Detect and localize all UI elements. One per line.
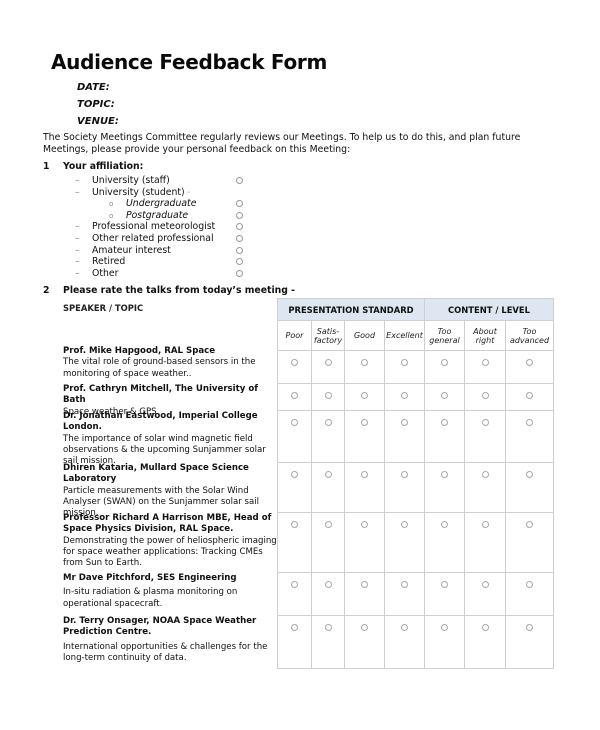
rating-radio[interactable] (361, 392, 368, 399)
rating-cell (465, 463, 506, 513)
rating-cell (385, 616, 425, 669)
affiliation-option-label: Retired (92, 256, 125, 268)
rating-cell (506, 384, 554, 411)
rating-radio[interactable] (361, 521, 368, 528)
rating-radio[interactable] (325, 419, 332, 426)
rating-table: PRESENTATION STANDARDCONTENT / LEVEL Poo… (277, 298, 554, 669)
rating-radio[interactable] (526, 419, 533, 426)
rating-cell (345, 513, 385, 573)
rating-cell (345, 616, 385, 669)
sub-bullet-icon: o (109, 198, 113, 210)
rating-radio[interactable] (291, 581, 298, 588)
rating-cell (385, 384, 425, 411)
rating-cell (506, 513, 554, 573)
rating-radio[interactable] (401, 359, 408, 366)
dash-bullet-icon: – (75, 245, 80, 257)
question-2-text: Please rate the talks from today’s meeti… (63, 285, 295, 296)
dash-bullet-icon: – (75, 187, 80, 199)
rating-radio[interactable] (325, 359, 332, 366)
rating-cell (312, 513, 345, 573)
speaker-name: Mr Dave Pitchford, SES Engineering (63, 573, 281, 584)
rating-cell (385, 513, 425, 573)
rating-cell (465, 573, 506, 616)
rating-cell (465, 411, 506, 463)
rating-radio[interactable] (526, 359, 533, 366)
rating-radio[interactable] (361, 419, 368, 426)
rating-radio[interactable] (291, 419, 298, 426)
rating-radio[interactable] (441, 419, 448, 426)
rating-radio[interactable] (401, 624, 408, 631)
rating-cell (345, 351, 385, 384)
dash-bullet-icon: – (75, 268, 80, 280)
rating-radio[interactable] (441, 581, 448, 588)
rating-radio[interactable] (325, 521, 332, 528)
speaker-name: Dhiren Kataria, Mullard Space Science La… (63, 463, 281, 486)
speaker-name: Dr. Jonathan Eastwood, Imperial College … (63, 411, 281, 434)
venue-field-label: VENUE: (77, 116, 119, 127)
affiliation-radio[interactable] (236, 223, 243, 230)
rating-group-header-row: PRESENTATION STANDARDCONTENT / LEVEL (278, 299, 554, 321)
rating-cell (312, 351, 345, 384)
dash-bullet-icon: – (75, 221, 80, 233)
talk-entry: Prof. Mike Hapgood, RAL SpaceThe vital r… (63, 346, 281, 380)
talk-topic: In-situ radiation & plasma monitoring on… (63, 587, 281, 610)
rating-cell (345, 573, 385, 616)
rating-cell (465, 616, 506, 669)
affiliation-option-label: Other (92, 268, 118, 280)
speaker-name: Dr. Terry Onsager, NOAA Space Weather Pr… (63, 616, 281, 639)
rating-radio[interactable] (361, 359, 368, 366)
rating-cell (385, 411, 425, 463)
rating-column-header: Poor (278, 321, 312, 351)
speaker-name: Prof. Mike Hapgood, RAL Space (63, 346, 281, 357)
rating-radio[interactable] (401, 392, 408, 399)
rating-cell (345, 384, 385, 411)
rating-row (278, 384, 554, 411)
talk-entry: Mr Dave Pitchford, SES EngineeringIn-sit… (63, 573, 281, 610)
rating-cell (385, 351, 425, 384)
form-title: Audience Feedback Form (51, 50, 327, 74)
rating-row (278, 616, 554, 669)
question-2-number: 2 (43, 285, 49, 296)
rating-cell (312, 411, 345, 463)
rating-radio[interactable] (482, 419, 489, 426)
rating-column-header: Good (345, 321, 385, 351)
rating-radio[interactable] (482, 581, 489, 588)
rating-radio[interactable] (526, 471, 533, 478)
rating-column-header-row: PoorSatis-factoryGoodExcellentToogeneral… (278, 321, 554, 351)
rating-radio[interactable] (401, 419, 408, 426)
rating-radio[interactable] (441, 521, 448, 528)
rating-cell (278, 411, 312, 463)
rating-row (278, 513, 554, 573)
rating-cell (312, 573, 345, 616)
rating-cell (345, 463, 385, 513)
topic-field-label: TOPIC: (77, 99, 115, 110)
rating-radio[interactable] (291, 359, 298, 366)
presentation-standard-header: PRESENTATION STANDARD (278, 299, 425, 321)
rating-radio[interactable] (482, 624, 489, 631)
rating-cell (345, 411, 385, 463)
speaker-topic-header: SPEAKER / TOPIC (63, 303, 143, 313)
rating-cell (506, 351, 554, 384)
rating-cell (278, 463, 312, 513)
rating-cell (465, 513, 506, 573)
talk-entry: Dr. Terry Onsager, NOAA Space Weather Pr… (63, 616, 281, 664)
rating-radio[interactable] (361, 581, 368, 588)
talk-entry: Dhiren Kataria, Mullard Space Science La… (63, 463, 281, 519)
rating-cell (425, 513, 465, 573)
rating-cell (312, 616, 345, 669)
rating-radio[interactable] (325, 624, 332, 631)
rating-cell (278, 351, 312, 384)
rating-radio[interactable] (441, 392, 448, 399)
talk-topic: International opportunities & challenges… (63, 642, 281, 665)
sub-bullet-icon: o (109, 210, 113, 222)
question-1-number: 1 (43, 161, 49, 172)
talk-entry: Dr. Jonathan Eastwood, Imperial College … (63, 411, 281, 467)
talk-topic: Demonstrating the power of heliospheric … (63, 536, 281, 570)
rating-radio[interactable] (401, 521, 408, 528)
rating-radio[interactable] (325, 471, 332, 478)
affiliation-option-label: Other related professional (92, 233, 214, 245)
intro-text: The Society Meetings Committee regularly… (43, 132, 563, 156)
date-field-label: DATE: (77, 82, 110, 93)
rating-radio[interactable] (482, 521, 489, 528)
rating-cell (425, 616, 465, 669)
affiliation-option-label: University (student) (92, 187, 185, 199)
rating-cell (278, 384, 312, 411)
rating-cell (278, 616, 312, 669)
rating-cell (506, 411, 554, 463)
rating-row (278, 573, 554, 616)
rating-row (278, 351, 554, 384)
rating-radio[interactable] (482, 359, 489, 366)
rating-radio[interactable] (291, 392, 298, 399)
affiliation-option-label: Postgraduate (126, 210, 188, 222)
affiliation-option-label: Undergraduate (126, 198, 196, 210)
rating-column-header: Aboutright (465, 321, 506, 351)
rating-radio[interactable] (526, 521, 533, 528)
rating-cell (278, 513, 312, 573)
rating-radio[interactable] (441, 359, 448, 366)
question-1-text: Your affiliation: (63, 161, 143, 172)
rating-cell (425, 351, 465, 384)
speaker-name: Professor Richard A Harrison MBE, Head o… (63, 513, 281, 536)
content-level-header: CONTENT / LEVEL (425, 299, 554, 321)
trailing-dash: - (187, 187, 190, 199)
affiliation-option-label: University (staff) (92, 175, 170, 187)
rating-radio[interactable] (325, 392, 332, 399)
affiliation-radio[interactable] (236, 200, 243, 207)
rating-cell (425, 463, 465, 513)
rating-cell (425, 384, 465, 411)
rating-cell (278, 573, 312, 616)
rating-row (278, 463, 554, 513)
affiliation-option-label: Professional meteorologist (92, 221, 215, 233)
affiliation-radio[interactable] (236, 177, 243, 184)
speaker-name: Prof. Cathryn Mitchell, The University o… (63, 384, 281, 407)
rating-radio[interactable] (361, 624, 368, 631)
rating-cell (506, 573, 554, 616)
rating-radio[interactable] (441, 624, 448, 631)
talk-entry: Professor Richard A Harrison MBE, Head o… (63, 513, 281, 569)
rating-cell (425, 411, 465, 463)
affiliation-radio[interactable] (236, 270, 243, 277)
rating-cell (425, 573, 465, 616)
rating-cell (465, 351, 506, 384)
dash-bullet-icon: – (75, 256, 80, 268)
rating-radio[interactable] (482, 392, 489, 399)
affiliation-radio[interactable] (236, 235, 243, 242)
affiliation-option-label: Amateur interest (92, 245, 171, 257)
rating-cell (385, 573, 425, 616)
rating-radio[interactable] (526, 581, 533, 588)
dash-bullet-icon: – (75, 233, 80, 245)
rating-row (278, 411, 554, 463)
rating-column-header: Excellent (385, 321, 425, 351)
rating-radio[interactable] (526, 624, 533, 631)
rating-radio[interactable] (482, 471, 489, 478)
rating-radio[interactable] (291, 471, 298, 478)
rating-cell (465, 384, 506, 411)
rating-radio[interactable] (401, 471, 408, 478)
rating-radio[interactable] (291, 624, 298, 631)
rating-cell (506, 463, 554, 513)
talk-topic: The vital role of ground-based sensors i… (63, 357, 281, 380)
rating-radio[interactable] (526, 392, 533, 399)
rating-cell (385, 463, 425, 513)
rating-radio[interactable] (361, 471, 368, 478)
affiliation-radio[interactable] (236, 258, 243, 265)
rating-cell (506, 616, 554, 669)
rating-cell (312, 463, 345, 513)
rating-radio[interactable] (291, 521, 298, 528)
rating-column-header: Toogeneral (425, 321, 465, 351)
affiliation-radio[interactable] (236, 247, 243, 254)
affiliation-radio[interactable] (236, 212, 243, 219)
dash-bullet-icon: – (75, 175, 80, 187)
rating-radio[interactable] (401, 581, 408, 588)
rating-body (278, 351, 554, 669)
rating-cell (312, 384, 345, 411)
rating-column-header: Tooadvanced (506, 321, 554, 351)
rating-radio[interactable] (441, 471, 448, 478)
rating-radio[interactable] (325, 581, 332, 588)
rating-column-header: Satis-factory (312, 321, 345, 351)
